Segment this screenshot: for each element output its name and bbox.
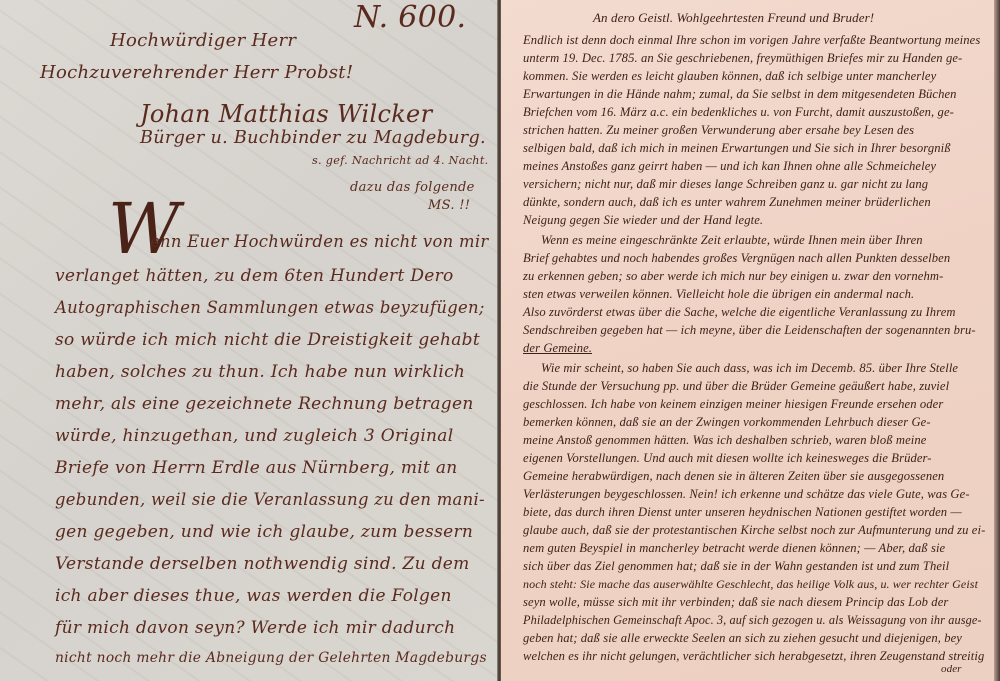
- decorative-initial: W: [108, 188, 180, 270]
- body-line: würde, hinzugethan, und zugleich 3 Origi…: [55, 426, 453, 446]
- body-line: selbigen bald, daß ich mich in meinen Er…: [523, 141, 951, 156]
- body-line: Erwartungen in die Hände nahm; zumal, da…: [523, 87, 957, 102]
- body-line: bemerken können, daß sie an der Zwingen …: [523, 415, 931, 430]
- body-line: meines Anstoßes ganz geirrt haben — und …: [523, 159, 936, 174]
- body-line: meine Anstoß genommen hätten. Was ich de…: [523, 433, 926, 448]
- body-line: die Stunde der Versuchung pp. und über d…: [523, 379, 949, 394]
- body-line: welchen es ihr nicht gelungen, verächtli…: [523, 649, 984, 664]
- body-line: Wenn es meine eingeschränkte Zeit erlaub…: [541, 233, 923, 248]
- red-annotation-title: Bürger u. Buchbinder zu Magdeburg.: [140, 128, 486, 148]
- red-annotation-note: s. gef. Nachricht ad 4. Nacht.: [312, 154, 488, 167]
- body-line: Briefchen vom 16. März a.c. ein bedenkli…: [523, 105, 954, 120]
- body-line: haben, solches zu thun. Ich habe nun wir…: [55, 362, 465, 382]
- body-line: seyn wolle, müsse sich mit ihr verbinden…: [523, 595, 948, 610]
- body-line: für mich davon seyn? Werde ich mir dadur…: [55, 618, 455, 638]
- body-line: glaube auch, daß sie der protestantische…: [523, 523, 985, 538]
- body-line: biete, das durch ihren Dienst unter unse…: [523, 505, 962, 520]
- body-line: Endlich ist denn doch einmal Ihre schon …: [523, 33, 980, 48]
- body-line: sich über das Ziel genommen hat; daß sie…: [523, 559, 949, 574]
- body-line: noch steht: Sie mache das auserwählte Ge…: [523, 577, 978, 592]
- body-line: zu erkennen geben; so aber werde ich mic…: [523, 269, 943, 284]
- catchword: oder: [941, 663, 962, 675]
- body-line: strichen hatten. Zu meiner großen Verwun…: [523, 123, 914, 138]
- body-line: versichern; nicht nur, daß mir dieses la…: [523, 177, 928, 192]
- body-line: unterm 19. Dec. 1785. an Sie geschrieben…: [523, 51, 962, 66]
- body-line: mehr, als eine gezeichnete Rechnung betr…: [55, 394, 474, 414]
- body-line: Neigung gegen Sie wieder und der Hand le…: [523, 213, 763, 228]
- body-line: Briefe von Herrn Erdle aus Nürnberg, mit…: [55, 458, 458, 478]
- pencil-note-line-2: MS. !!: [428, 198, 470, 213]
- archive-number: N. 600.: [354, 0, 466, 35]
- body-line: Verlästerungen beygeschlossen. Nein! ich…: [523, 487, 970, 502]
- body-line: Philadelphischen Gemeinschaft Apoc. 3, a…: [523, 613, 982, 628]
- letter-heading: An dero Geistl. Wohlgeehrtesten Freund u…: [593, 10, 874, 26]
- body-line: verlanget hätten, zu dem 6ten Hundert De…: [55, 266, 454, 286]
- body-line: Also zuvörderst etwas über die Sache, we…: [523, 305, 956, 320]
- body-line: nicht noch mehr die Abneigung der Gelehr…: [55, 650, 487, 666]
- body-line: sten etwas verweilen können. Vielleicht …: [523, 287, 914, 302]
- body-line: geschlossen. Ich habe von keinem einzige…: [523, 397, 943, 412]
- left-page: N. 600. Hochwürdiger Herr Hochzuverehren…: [0, 0, 497, 681]
- body-line: Verstande derselben nothwendig sind. Zu …: [55, 554, 470, 574]
- body-line: Sendschreiben gegeben hat — ich meyne, ü…: [523, 323, 976, 338]
- body-line: so würde ich mich nicht die Dreistigkeit…: [55, 330, 480, 350]
- page-edge: [994, 0, 1000, 681]
- body-line: eigenen Vorstellungen. Und auch mit dies…: [523, 451, 932, 466]
- body-line: kommen. Sie werden es leicht glauben kön…: [523, 69, 936, 84]
- body-line: dünkte, sondern auch, daß ich es unter w…: [523, 195, 931, 210]
- body-line: gen gegeben, und wie ich glaube, zum bes…: [55, 522, 473, 542]
- body-line: Autographischen Sammlungen etwas beyzufü…: [55, 298, 485, 317]
- pencil-note-line-1: dazu das folgende: [350, 180, 475, 195]
- body-line: geben hat; daß sie alle erweckte Seelen …: [523, 631, 962, 646]
- body-line: ich aber dieses thue, was werden die Fol…: [55, 586, 452, 606]
- body-line: enn Euer Hochwürden es nicht von mir: [150, 232, 489, 251]
- right-page: An dero Geistl. Wohlgeehrtesten Freund u…: [501, 0, 994, 681]
- body-line: der Gemeine.: [523, 341, 592, 356]
- body-line: gebunden, weil sie die Veranlassung zu d…: [55, 490, 485, 509]
- salutation-line-2: Hochzuverehrender Herr Probst!: [40, 62, 353, 83]
- body-line: Gemeine herabwürdigen, nach denen sie in…: [523, 469, 944, 484]
- body-line: Brief gehabtes und noch habendes großes …: [523, 251, 950, 266]
- body-line: Wie mir scheint, so haben Sie auch dass,…: [541, 361, 958, 376]
- red-annotation-name: Johan Matthias Wilcker: [140, 100, 432, 128]
- body-line: nem guten Beyspiel in mancherley betrach…: [523, 541, 945, 556]
- salutation-line-1: Hochwürdiger Herr: [110, 30, 296, 51]
